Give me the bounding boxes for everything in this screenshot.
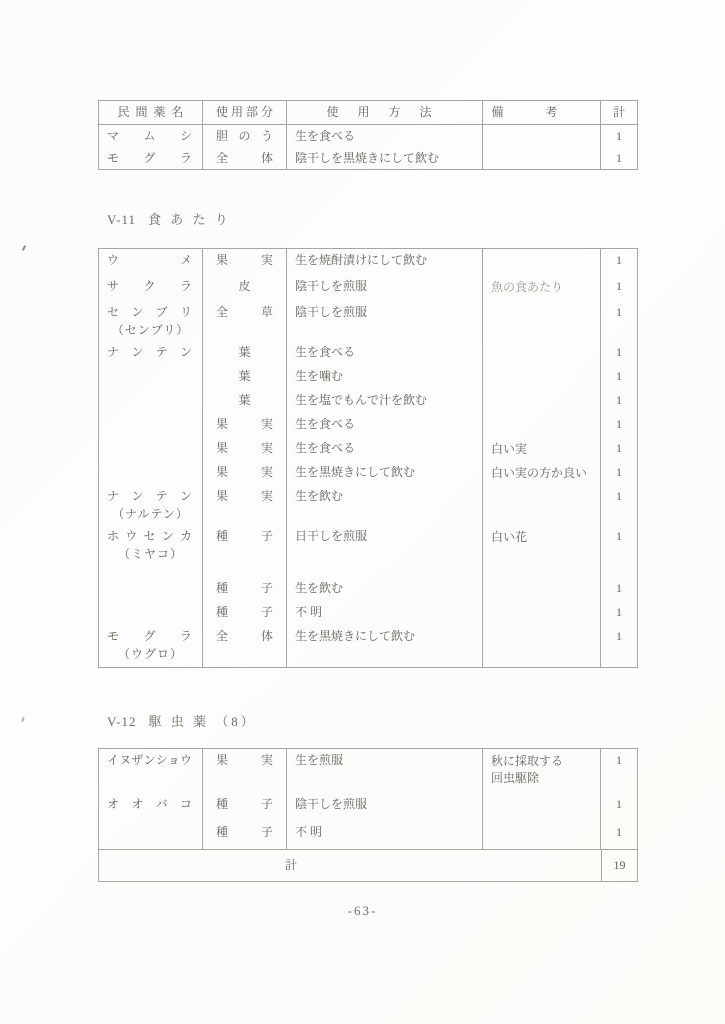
method-cell: 生を焼酎漬けにして飲む — [287, 249, 483, 275]
remarks-cell — [483, 301, 601, 341]
remarks-cell — [483, 793, 601, 821]
scanned-document-page: 民間薬名 使用部分 使用方法 備考 計 マムシ胆のう生を食べる1モグラ全体陰干し… — [0, 0, 725, 1024]
remarks-cell — [483, 389, 601, 413]
name-text: イヌザンショウ — [99, 753, 202, 768]
count-cell: 1 — [601, 749, 637, 793]
name-cell — [99, 365, 203, 389]
part-text: 葉 — [203, 393, 286, 408]
count-cell: 1 — [601, 125, 637, 147]
table-row: 果実生を食べる白い実1 — [99, 437, 637, 461]
table-row: ホウセンカ（ミヤコ）種子日干しを煎服白い花1 — [99, 525, 637, 577]
count-cell: 1 — [601, 413, 637, 437]
part-text: 種子 — [203, 605, 286, 620]
total-value: 19 — [601, 850, 637, 881]
method-cell: 生を煎服 — [287, 749, 483, 793]
table-row: イヌザンショウ果実生を煎服秋に採取する 回虫駆除1 — [99, 749, 637, 793]
name-cell: モグラ（ウグロ） — [99, 625, 203, 667]
method-cell: 生を飲む — [287, 485, 483, 525]
method-cell: 生を噛む — [287, 365, 483, 389]
remarks-cell: 白い実 — [483, 437, 601, 461]
method-cell: 陰干しを煎服 — [287, 793, 483, 821]
remarks-cell — [483, 601, 601, 625]
total-spacer — [483, 850, 601, 881]
part-cell: 果実 — [203, 437, 287, 461]
name-cell: イヌザンショウ — [99, 749, 203, 793]
section-number: V-11 — [107, 212, 136, 227]
method-cell: 生を食べる — [287, 341, 483, 365]
count-cell: 1 — [601, 275, 637, 301]
remarks-cell: 魚の食あたり — [483, 275, 601, 301]
remarks-cell — [483, 341, 601, 365]
table-row: 種子生を飲む1 — [99, 577, 637, 601]
table-row: モグラ（ウグロ）全体生を黒焼きにして飲む1 — [99, 625, 637, 667]
count-cell: 1 — [601, 485, 637, 525]
folk-remedy-table-top: 民間薬名 使用部分 使用方法 備考 計 マムシ胆のう生を食べる1モグラ全体陰干し… — [98, 100, 638, 170]
name-cell — [99, 413, 203, 437]
count-cell: 1 — [601, 301, 637, 341]
count-cell: 1 — [601, 341, 637, 365]
alt-name-text: （ナルテン） — [99, 507, 202, 522]
part-cell: 果実 — [203, 413, 287, 437]
part-text: 種子 — [203, 825, 286, 840]
section-title: 食 あ た り — [148, 212, 231, 227]
part-cell: 果実 — [203, 249, 287, 275]
part-cell: 種子 — [203, 821, 287, 849]
part-text: 葉 — [203, 369, 286, 384]
remarks-cell: 秋に採取する 回虫駆除 — [483, 749, 601, 793]
table-row: 果実生を食べる1 — [99, 413, 637, 437]
count-cell: 1 — [601, 821, 637, 849]
table-row: 葉生を噛む1 — [99, 365, 637, 389]
method-cell: 不 明 — [287, 601, 483, 625]
method-cell: 日干しを煎服 — [287, 525, 483, 577]
part-cell: 葉 — [203, 389, 287, 413]
header-folk-medicine-name: 民間薬名 — [99, 101, 203, 124]
method-cell: 生を黒焼きにして飲む — [287, 625, 483, 667]
part-cell: 皮 — [203, 275, 287, 301]
part-text: 果実 — [203, 489, 286, 504]
total-label: 計 — [99, 850, 483, 881]
count-cell: 1 — [601, 601, 637, 625]
part-cell: 葉 — [203, 365, 287, 389]
remarks-cell: 白い花 — [483, 525, 601, 577]
table-header-row: 民間薬名 使用部分 使用方法 備考 計 — [99, 101, 637, 125]
remarks-cell — [483, 821, 601, 849]
part-cell: 全体 — [203, 625, 287, 667]
part-cell: 種子 — [203, 577, 287, 601]
name-cell — [99, 437, 203, 461]
part-cell: 果実 — [203, 461, 287, 485]
method-cell: 陰干しを煎服 — [287, 301, 483, 341]
section-number: V-12 — [107, 714, 137, 729]
method-cell: 生を塩でもんで汁を飲む — [287, 389, 483, 413]
name-cell: ホウセンカ（ミヤコ） — [99, 525, 203, 577]
header-part-used: 使用部分 — [203, 101, 287, 124]
part-cell: 種子 — [203, 525, 287, 577]
count-cell: 1 — [601, 461, 637, 485]
remarks-cell — [483, 125, 601, 147]
part-text: 果実 — [203, 465, 286, 480]
count-cell: 1 — [601, 437, 637, 461]
table-row: モグラ全体陰干しを黒焼きにして飲む1 — [99, 147, 637, 169]
grand-total-row: 計 19 — [99, 849, 637, 881]
count-cell: 1 — [601, 249, 637, 275]
name-text: ナンテン — [99, 345, 202, 360]
name-text: センブリ — [99, 305, 202, 320]
part-cell: 全草 — [203, 301, 287, 341]
table-row: サクラ皮陰干しを煎服魚の食あたり1 — [99, 275, 637, 301]
method-cell: 生を食べる — [287, 437, 483, 461]
count-cell: 1 — [601, 365, 637, 389]
method-cell: 生を飲む — [287, 577, 483, 601]
name-text: モグラ — [99, 629, 202, 644]
name-cell: ウメ — [99, 249, 203, 275]
remarks-cell — [483, 625, 601, 667]
name-text: ナンテン — [99, 489, 202, 504]
table-row: マムシ胆のう生を食べる1 — [99, 125, 637, 147]
name-cell: マムシ — [99, 125, 203, 147]
method-cell: 生を食べる — [287, 413, 483, 437]
count-cell: 1 — [601, 389, 637, 413]
table-row: 種子不 明1 — [99, 601, 637, 625]
part-text: 果実 — [203, 753, 286, 768]
table-row: センブリ（センブリ）全草陰干しを煎服1 — [99, 301, 637, 341]
name-cell — [99, 461, 203, 485]
remarks-cell — [483, 413, 601, 437]
remarks-cell — [483, 485, 601, 525]
part-cell: 果実 — [203, 749, 287, 793]
name-text: ウメ — [99, 253, 202, 268]
table-body: ウメ果実生を焼酎漬けにして飲む1サクラ皮陰干しを煎服魚の食あたり1センブリ（セン… — [99, 249, 637, 667]
part-text: 全体 — [203, 151, 286, 166]
part-cell: 全体 — [203, 147, 287, 169]
alt-name-text: （ミヤコ） — [99, 547, 202, 562]
table-row: 果実生を黒焼きにして飲む白い実の方か良い1 — [99, 461, 637, 485]
method-cell: 不 明 — [287, 821, 483, 849]
name-text: モグラ — [99, 151, 202, 166]
section-title: 駆 虫 薬 （8） — [149, 714, 257, 729]
table-row: 葉生を塩でもんで汁を飲む1 — [99, 389, 637, 413]
part-text: 種子 — [203, 529, 286, 544]
method-cell: 生を食べる — [287, 125, 483, 147]
name-cell — [99, 821, 203, 849]
name-cell: センブリ（センブリ） — [99, 301, 203, 341]
section-heading-v12: V-12駆 虫 薬 （8） — [107, 714, 257, 729]
method-cell: 陰干しを煎服 — [287, 275, 483, 301]
table-row: ウメ果実生を焼酎漬けにして飲む1 — [99, 249, 637, 275]
table-body: マムシ胆のう生を食べる1モグラ全体陰干しを黒焼きにして飲む1 — [99, 125, 637, 169]
part-text: 果実 — [203, 253, 286, 268]
part-text: 種子 — [203, 581, 286, 596]
header-total: 計 — [601, 101, 637, 124]
name-cell: サクラ — [99, 275, 203, 301]
table-row: 種子不 明1 — [99, 821, 637, 849]
page-number: -63- — [0, 903, 725, 918]
anthelmintic-table: イヌザンショウ果実生を煎服秋に採取する 回虫駆除1オオバコ種子陰干しを煎服1種子… — [98, 748, 638, 882]
name-cell: ナンテン（ナルテン） — [99, 485, 203, 525]
table-row: ナンテン（ナルテン）果実生を飲む1 — [99, 485, 637, 525]
header-usage-method: 使用方法 — [287, 101, 483, 124]
part-cell: 葉 — [203, 341, 287, 365]
part-text: 種子 — [203, 797, 286, 812]
part-text: 皮 — [203, 279, 286, 294]
part-text: 胆のう — [203, 129, 286, 144]
remarks-cell — [483, 147, 601, 169]
table-row: オオバコ種子陰干しを煎服1 — [99, 793, 637, 821]
remarks-cell — [483, 577, 601, 601]
part-text: 果実 — [203, 441, 286, 456]
alt-name-text: （ウグロ） — [99, 647, 202, 662]
part-cell: 胆のう — [203, 125, 287, 147]
part-cell: 種子 — [203, 601, 287, 625]
part-text: 全草 — [203, 305, 286, 320]
part-cell: 果実 — [203, 485, 287, 525]
method-cell: 陰干しを黒焼きにして飲む — [287, 147, 483, 169]
header-remarks: 備考 — [483, 101, 601, 124]
part-text: 全体 — [203, 629, 286, 644]
name-text: オオバコ — [99, 797, 202, 812]
part-text: 果実 — [203, 417, 286, 432]
part-cell: 種子 — [203, 793, 287, 821]
name-cell: モグラ — [99, 147, 203, 169]
count-cell: 1 — [601, 525, 637, 577]
table-body: イヌザンショウ果実生を煎服秋に採取する 回虫駆除1オオバコ種子陰干しを煎服1種子… — [99, 749, 637, 849]
name-cell: オオバコ — [99, 793, 203, 821]
count-cell: 1 — [601, 147, 637, 169]
food-poisoning-table: ウメ果実生を焼酎漬けにして飲む1サクラ皮陰干しを煎服魚の食あたり1センブリ（セン… — [98, 248, 638, 668]
name-cell — [99, 389, 203, 413]
scan-speck — [22, 245, 27, 251]
name-text: サクラ — [99, 279, 202, 294]
count-cell: 1 — [601, 577, 637, 601]
section-heading-v11: V-11食 あ た り — [107, 212, 231, 227]
count-cell: 1 — [601, 625, 637, 667]
name-text: マムシ — [99, 129, 202, 144]
remarks-cell — [483, 249, 601, 275]
alt-name-text: （センブリ） — [99, 323, 202, 338]
scan-speck — [21, 717, 25, 722]
name-cell: ナンテン — [99, 341, 203, 365]
remarks-cell — [483, 365, 601, 389]
count-cell: 1 — [601, 793, 637, 821]
remarks-cell: 白い実の方か良い — [483, 461, 601, 485]
method-cell: 生を黒焼きにして飲む — [287, 461, 483, 485]
name-cell — [99, 601, 203, 625]
table-row: ナンテン葉生を食べる1 — [99, 341, 637, 365]
name-text: ホウセンカ — [99, 529, 202, 544]
name-cell — [99, 577, 203, 601]
part-text: 葉 — [203, 345, 286, 360]
